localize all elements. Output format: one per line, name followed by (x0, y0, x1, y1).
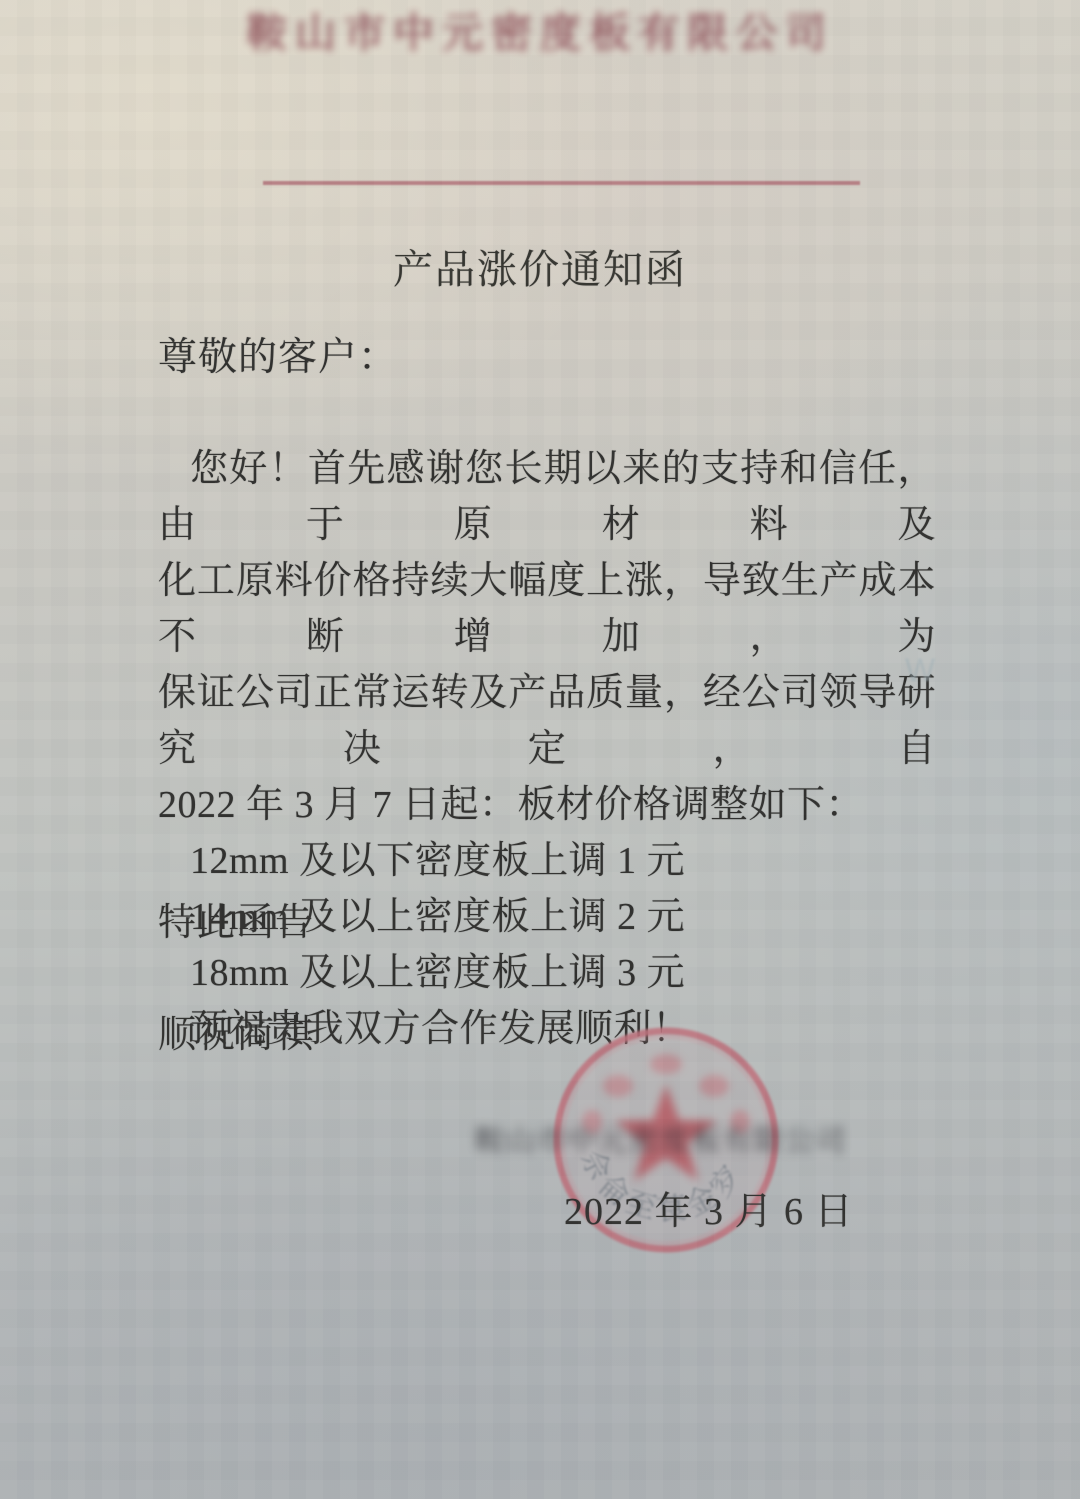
signature-company-redacted: 鞍山市中元密度板有限公司 (474, 1116, 838, 1160)
paper-watermark: W (905, 652, 935, 689)
header-underline (263, 181, 860, 185)
price-line-12mm: 12mm 及以下密度板上调 1 元 (158, 833, 936, 889)
body-line: 2022 年 3 月 7 日起：板材价格调整如下： (158, 777, 936, 833)
company-name-redacted: 鞍山市中元密度板有限公司 (0, 0, 1080, 59)
body-line: 保证公司正常运转及产品质量，经公司领导研究决定，自 (158, 665, 936, 777)
body-line: 化工原料价格持续大幅度上涨，导致生产成本不断增加，为 (158, 553, 936, 665)
price-line-18mm: 18mm 及以上密度板上调 3 元 (158, 945, 936, 1001)
regards-line: 顺祝商祺 (158, 1003, 314, 1058)
photographed-letter-page: 鞍山市中元密度板有限公司 产品涨价通知函 尊敬的客户： 您好！首先感谢您长期以来… (0, 0, 1080, 1499)
notice-line: 特此函告 (158, 891, 314, 946)
document-title: 产品涨价通知函 (0, 238, 1080, 295)
body-line: 您好！首先感谢您长期以来的支持和信任，由于原材料及 (158, 441, 936, 553)
salutation: 尊敬的客户： (158, 326, 398, 382)
date-line: 2022 年 3 月 6 日 (564, 1180, 854, 1235)
letter-body: 您好！首先感谢您长期以来的支持和信任，由于原材料及 化工原料价格持续大幅度上涨，… (158, 441, 936, 1057)
